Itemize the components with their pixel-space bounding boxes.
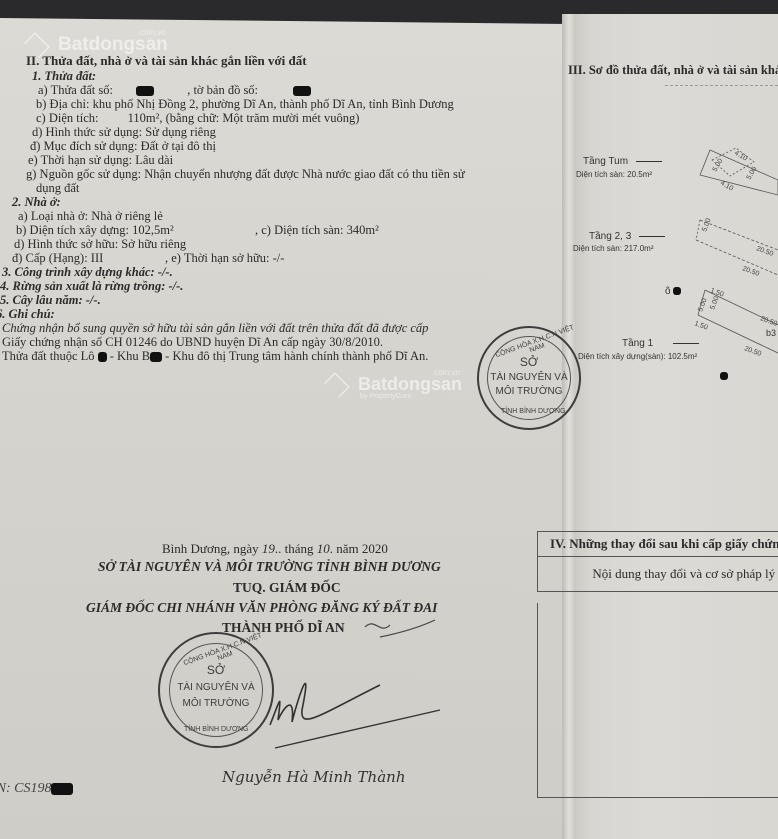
- official-seal-upper: CỘNG HÒA X.H.C.N VIỆT NAM SỞ TÀI NGUYÊN …: [477, 326, 581, 430]
- initial-mark: [360, 615, 440, 645]
- section-2-title: II. Thửa đất, nhà ở và tài sản khác gắn …: [26, 54, 307, 68]
- house-floor-area: , c) Diện tích sàn: 340m²: [255, 223, 379, 237]
- production-forest: 4. Rừng sản xuất là rừng trồng: -/-.: [0, 279, 183, 293]
- signer-title-line-1: GIÁM ĐỐC CHI NHÁNH VĂN PHÒNG ĐĂNG KÝ ĐẤT…: [86, 601, 437, 615]
- land-origin-line-1: g) Nguồn gốc sử dụng: Nhận chuyển nhượng…: [26, 167, 465, 181]
- redacted-mark: [720, 372, 728, 380]
- svg-text:1.50: 1.50: [693, 320, 708, 331]
- land-origin-line-2: dụng đất: [36, 181, 79, 195]
- redacted-lot-number: [98, 352, 107, 362]
- signer-title-line-2: THÀNH PHỐ DĨ AN: [222, 621, 345, 635]
- issue-date: Bình Dương, ngày 19.. tháng 10. năm 2020: [162, 542, 388, 556]
- certificate-number: Số vào sổ GCN: CS198: [0, 782, 73, 796]
- floor-tum-name: Tầng Tum: [583, 156, 662, 167]
- svg-text:5.00: 5.00: [697, 297, 708, 312]
- svg-text:5.00: 5.00: [746, 166, 759, 181]
- svg-text:5.00: 5.00: [712, 158, 725, 173]
- svg-text:20.50: 20.50: [741, 265, 760, 278]
- house-heading: 2. Nhà ở:: [12, 195, 61, 209]
- plan-marker: ô: [665, 286, 681, 297]
- land-area-row: c) Diện tích: 110m², (bằng chữ: Một trăm…: [36, 111, 359, 125]
- svg-text:20.50: 20.50: [759, 315, 778, 328]
- changes-table: IV. Những thay đổi sau khi cấp giấy chứn…: [537, 531, 778, 592]
- house-ownership-form: d) Hình thức sở hữu: Sở hữu riêng: [14, 237, 186, 251]
- other-construction: 3. Công trình xây dựng khác: -/-.: [2, 265, 173, 279]
- section-3-title: III. Sơ đồ thửa đất, nhà ở và tài sản kh…: [568, 63, 778, 77]
- parcel-number-row: a) Thửa đất số: , tờ bản đồ số:: [38, 83, 311, 97]
- house-ownership-term: , e) Thời hạn sở hữu: -/-: [165, 251, 284, 265]
- perennial-trees: 5. Cây lâu năm: -/-.: [0, 293, 101, 307]
- redacted-block-number: [150, 352, 162, 362]
- land-address: b) Địa chỉ: khu phố Nhị Đồng 2, phường D…: [36, 97, 454, 111]
- usage-term: e) Thời hạn sử dụng: Lâu dài: [28, 153, 173, 167]
- notes-heading: 6. Ghi chú:: [0, 307, 55, 321]
- redacted-map-sheet-number: [293, 86, 311, 96]
- land-heading: 1. Thửa đất:: [32, 69, 96, 83]
- house-built-area: b) Diện tích xây dựng: 102,5m²: [16, 223, 174, 237]
- signer-name: Nguyễn Hà Minh Thành: [222, 768, 406, 786]
- floor-2-3-name: Tầng 2, 3: [589, 231, 665, 242]
- note-line-2: Giấy chứng nhận số CH 01246 do UBND huyệ…: [2, 335, 383, 349]
- house-logo-icon: [324, 372, 350, 398]
- changes-column-header: Nội dung thay đổi và cơ sở pháp lý: [538, 557, 778, 592]
- svg-text:4.10: 4.10: [733, 150, 748, 163]
- usage-form: d) Hình thức sử dụng: Sử dụng riêng: [32, 125, 216, 139]
- svg-text:5.00: 5.00: [701, 217, 712, 232]
- floor-2-3-area: Diện tích sàn: 217.0m²: [573, 244, 653, 253]
- floor-tum-area: Diện tích sàn: 20.5m²: [576, 170, 652, 179]
- changes-table-body: [537, 603, 778, 798]
- dashed-line: [665, 85, 778, 86]
- usage-purpose: đ) Mục đích sử dụng: Đất ở tại đô thị: [30, 139, 216, 153]
- handwritten-signature: [240, 650, 450, 760]
- note-line-1: Chứng nhận bổ sung quyền sở hữu tài sản …: [2, 321, 428, 335]
- house-type: a) Loại nhà ở: Nhà ở riêng lẻ: [18, 209, 163, 223]
- issuing-agency: SỞ TÀI NGUYÊN VÀ MÔI TRƯỜNG TỈNH BÌNH DƯ…: [98, 560, 441, 574]
- watermark-center: Batdongsan.com.vn by PropertyGuru: [322, 374, 462, 400]
- section-4-title: IV. Những thay đổi sau khi cấp giấy chứn…: [538, 532, 778, 557]
- floor-plan-diagram: 5.00 4.10 5.00 4.10 5.00 20.50 20.50 1.5…: [680, 140, 778, 370]
- svg-text:20.50: 20.50: [743, 345, 762, 358]
- redacted-parcel-number: [136, 86, 154, 96]
- svg-text:4.10: 4.10: [719, 180, 734, 193]
- redacted-certificate-digits: [51, 783, 73, 795]
- house-grade: đ) Cấp (Hạng): III: [12, 251, 103, 265]
- svg-text:5.00: 5.00: [709, 295, 720, 310]
- note-line-3: Thửa đất thuộc Lô - Khu B - Khu đô thị T…: [2, 349, 428, 363]
- on-behalf-of: TUQ. GIÁM ĐỐC: [233, 581, 341, 595]
